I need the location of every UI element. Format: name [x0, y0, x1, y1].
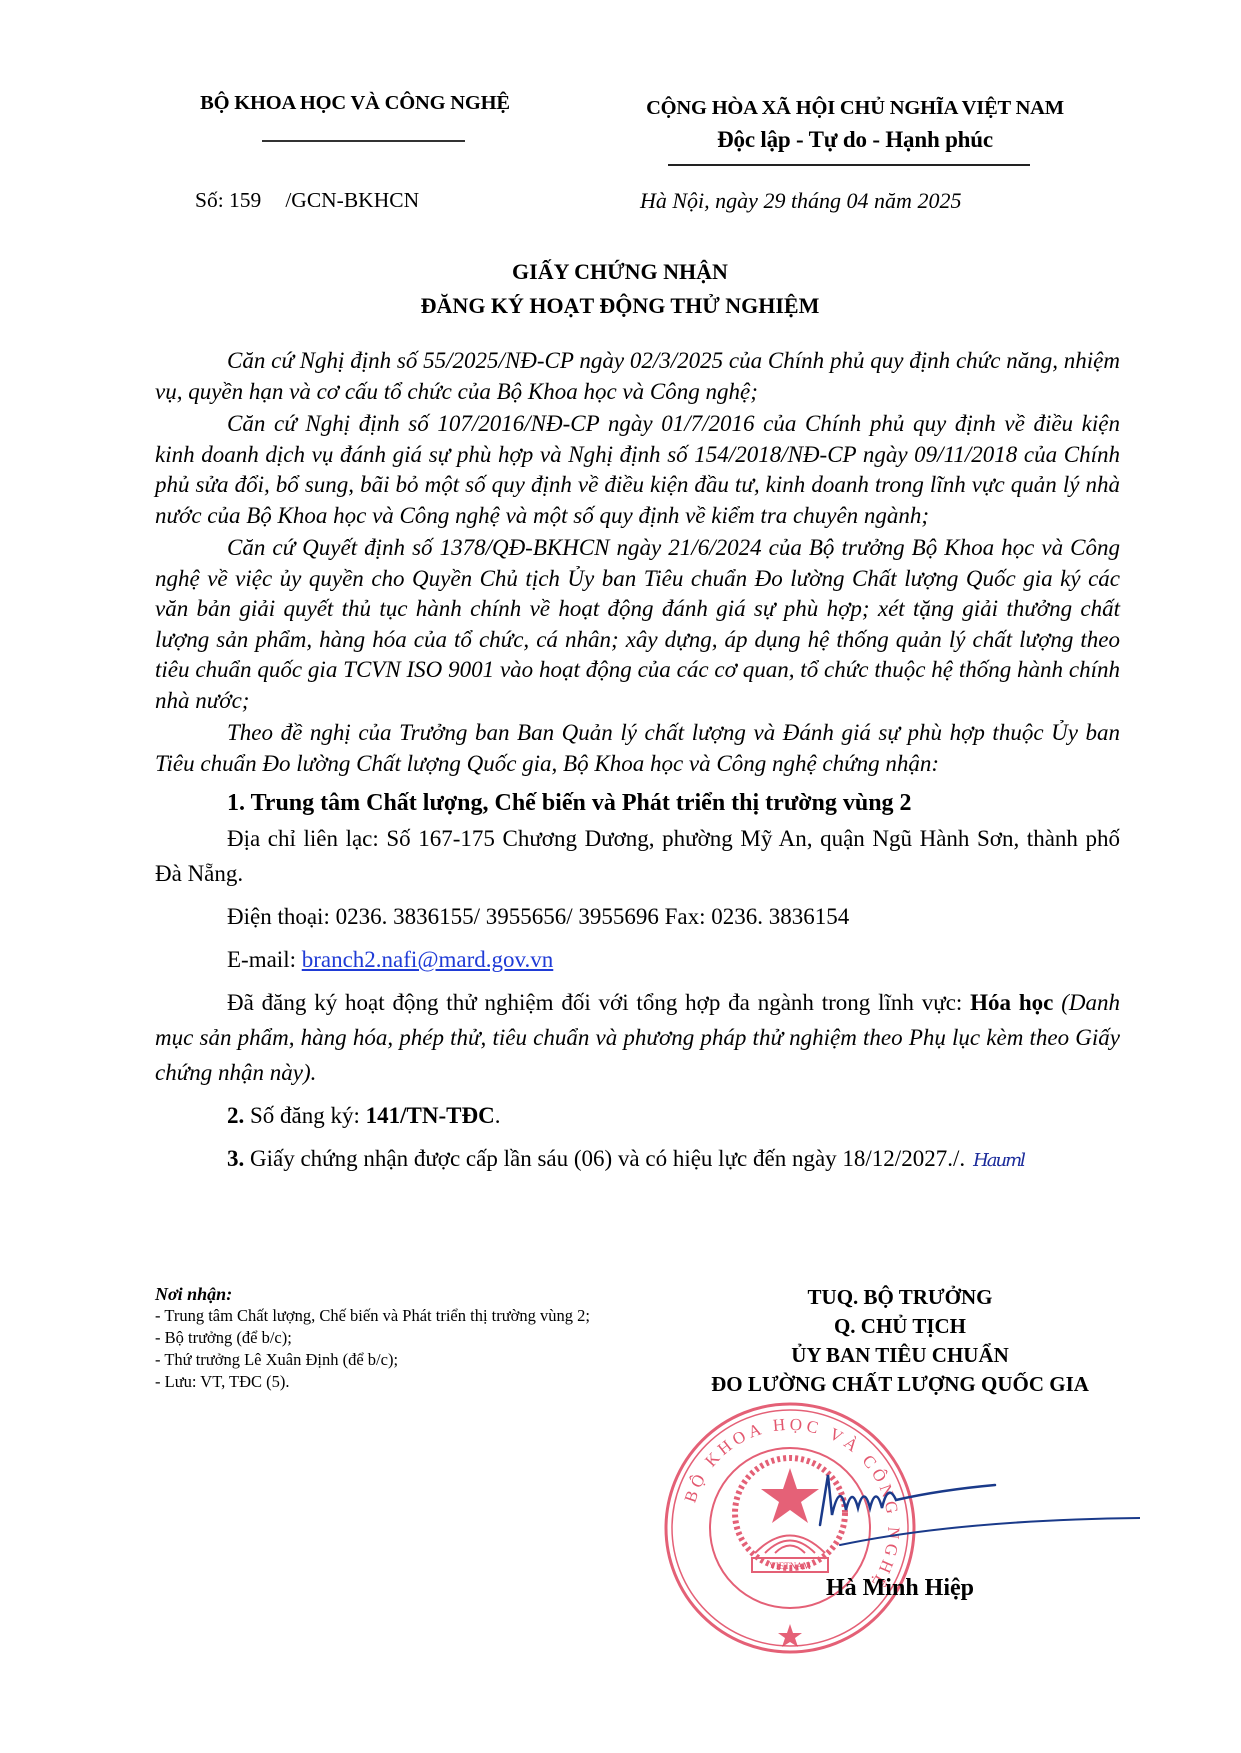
registration-value: 141/TN-TĐC [366, 1103, 495, 1128]
organization-email: E-mail: branch2.nafi@mard.gov.vn [155, 942, 1120, 977]
title-line-2: ĐĂNG KÝ HOẠT ĐỘNG THỬ NGHIỆM [140, 289, 1100, 323]
signer-org-line-2: ĐO LƯỜNG CHẤT LƯỢNG QUỐC GIA [640, 1370, 1160, 1399]
signer-block: TUQ. BỘ TRƯỞNG Q. CHỦ TỊCH ỦY BAN TIÊU C… [640, 1283, 1160, 1399]
national-header: CỘNG HÒA XÃ HỘI CHỦ NGHĨA VIỆT NAM Độc l… [585, 92, 1125, 156]
preamble-paragraph: Căn cứ Nghị định số 55/2025/NĐ-CP ngày 0… [155, 346, 1120, 407]
recipient-item: - Bộ trưởng (để b/c); [155, 1327, 615, 1349]
doc-number-prefix: Số: 159 [195, 188, 261, 212]
validity-statement: 3. Giấy chứng nhận được cấp lần sáu (06)… [155, 1141, 1120, 1178]
preamble-paragraph: Căn cứ Quyết định số 1378/QĐ-BKHCN ngày … [155, 533, 1120, 716]
scope-field: Hóa học [970, 990, 1053, 1015]
organization-address: Địa chỉ liên lạc: Số 167-175 Chương Dươn… [155, 821, 1120, 891]
signer-authority: TUQ. BỘ TRƯỞNG [640, 1283, 1160, 1312]
registration-scope: Đã đăng ký hoạt động thử nghiệm đối với … [155, 985, 1120, 1090]
agency-underline [262, 140, 465, 142]
signer-name: Hà Minh Hiệp [640, 1575, 1160, 1602]
document-number: Số: 159/GCN-BKHCN [195, 188, 419, 213]
doc-number-suffix: /GCN-BKHCN [285, 188, 419, 212]
signer-title: Q. CHỦ TỊCH [640, 1312, 1160, 1341]
registration-number: 2. Số đăng ký: 141/TN-TĐC. [155, 1098, 1120, 1133]
svg-text:VIETNAM: VIETNAM [769, 1561, 811, 1571]
handwritten-initials: Hauml [973, 1150, 1024, 1171]
document-body: Căn cứ Nghị định số 55/2025/NĐ-CP ngày 0… [155, 346, 1120, 1178]
item-2-label: 2. [227, 1103, 244, 1128]
preamble-paragraph: Căn cứ Nghị định số 107/2016/NĐ-CP ngày … [155, 409, 1120, 531]
registration-text: Số đăng ký: [244, 1103, 365, 1128]
issuing-agency: BỘ KHOA HỌC VÀ CÔNG NGHỆ [140, 92, 570, 115]
validity-text: Giấy chứng nhận được cấp lần sáu (06) và… [244, 1146, 965, 1171]
organization-name: 1. Trung tâm Chất lượng, Chế biến và Phá… [155, 785, 1120, 821]
recipient-item: - Thứ trưởng Lê Xuân Định (để b/c); [155, 1349, 615, 1371]
recipients-heading: Nơi nhận: [155, 1283, 615, 1305]
email-label: E-mail: [227, 947, 302, 972]
place-and-date: Hà Nội, ngày 29 tháng 04 năm 2025 [640, 188, 961, 214]
email-link[interactable]: branch2.nafi@mard.gov.vn [302, 947, 554, 972]
registration-end: . [495, 1103, 501, 1128]
title-line-1: GIẤY CHỨNG NHẬN [140, 255, 1100, 289]
document-title: GIẤY CHỨNG NHẬN ĐĂNG KÝ HOẠT ĐỘNG THỬ NG… [140, 255, 1100, 323]
scope-intro: Đã đăng ký hoạt động thử nghiệm đối với … [227, 990, 970, 1015]
organization-phone: Điện thoại: 0236. 3836155/ 3955656/ 3955… [155, 899, 1120, 934]
preamble-paragraph: Theo đề nghị của Trưởng ban Ban Quản lý … [155, 718, 1120, 779]
item-3-label: 3. [227, 1146, 244, 1171]
signer-org-line-1: ỦY BAN TIÊU CHUẨN [640, 1341, 1160, 1370]
recipients-block: Nơi nhận: - Trung tâm Chất lượng, Chế bi… [155, 1283, 615, 1393]
motto-underline [668, 164, 1030, 166]
signature-icon [800, 1460, 1140, 1550]
country-name: CỘNG HÒA XÃ HỘI CHỦ NGHĨA VIỆT NAM [585, 92, 1125, 124]
recipient-item: - Lưu: VT, TĐC (5). [155, 1371, 615, 1393]
national-motto: Độc lập - Tự do - Hạnh phúc [585, 124, 1125, 156]
recipient-item: - Trung tâm Chất lượng, Chế biến và Phát… [155, 1305, 615, 1327]
